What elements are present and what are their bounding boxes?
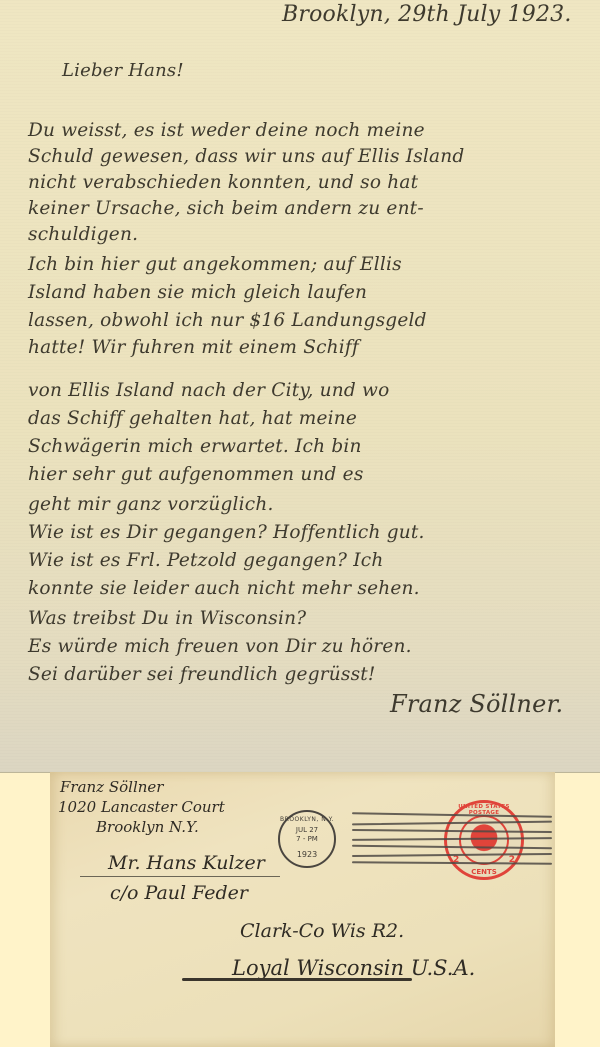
letter-line: geht mir ganz vorzüglich. bbox=[28, 494, 274, 515]
letter-line: hatte! Wir fuhren mit einem Schiff bbox=[28, 337, 359, 358]
letter-line: Wie ist es Dir gegangen? Hoffentlich gut… bbox=[28, 522, 425, 543]
return-address-rule bbox=[80, 876, 280, 877]
postmark: BROOKLYN, N.Y. JUL 27 7 - PM 1923 bbox=[278, 810, 336, 868]
letter-salutation: Lieber Hans! bbox=[62, 60, 184, 81]
letter-line: von Ellis Island nach der City, und wo bbox=[28, 380, 389, 401]
recipient-city-state: Loyal Wisconsin U.S.A. bbox=[232, 956, 475, 980]
letter-line: Ich bin hier gut angekommen; auf Ellis bbox=[28, 254, 402, 275]
letter-line: Es würde mich freuen von Dir zu hören. bbox=[28, 636, 412, 657]
return-address-name: Franz Söllner bbox=[60, 778, 163, 796]
letter-line: das Schiff gehalten hat, hat meine bbox=[28, 408, 357, 429]
letter-line: Wie ist es Frl. Petzold gegangen? Ich bbox=[28, 550, 383, 571]
letter-line: schuldigen. bbox=[28, 224, 138, 245]
letter-line: nicht verabschieden konnten, und so hat bbox=[28, 172, 418, 193]
recipient-county: Clark-Co Wis R2. bbox=[240, 920, 404, 942]
address-underline bbox=[182, 978, 412, 981]
letter-line: hier sehr gut aufgenommen und es bbox=[28, 464, 364, 485]
recipient-care-of: c/o Paul Feder bbox=[110, 882, 248, 904]
postmark-time: 7 - PM bbox=[280, 835, 334, 843]
postmark-date: JUL 27 bbox=[280, 826, 334, 834]
recipient-name: Mr. Hans Kulzer bbox=[108, 852, 265, 874]
postmark-year: 1923 bbox=[280, 850, 334, 859]
postmark-city: BROOKLYN, N.Y. bbox=[280, 816, 334, 823]
return-address-city: Brooklyn N.Y. bbox=[96, 818, 199, 836]
letter-line: Schuld gewesen, dass wir uns auf Ellis I… bbox=[28, 146, 464, 167]
handwritten-letter: Brooklyn, 29th July 1923. Lieber Hans! D… bbox=[0, 0, 600, 773]
letter-dateline: Brooklyn, 29th July 1923. bbox=[282, 2, 572, 27]
cancellation-wavy-lines bbox=[352, 812, 552, 864]
letter-line: Du weisst, es ist weder deine noch meine bbox=[28, 120, 425, 141]
return-address-street: 1020 Lancaster Court bbox=[58, 798, 225, 816]
letter-line: Island haben sie mich gleich laufen bbox=[28, 282, 367, 303]
letter-line: Was treibst Du in Wisconsin? bbox=[28, 608, 306, 629]
letter-line: keiner Ursache, sich beim andern zu ent- bbox=[28, 198, 424, 219]
letter-line: lassen, obwohl ich nur $16 Landungsgeld bbox=[28, 310, 427, 331]
letter-line: Sei darüber sei freundlich gegrüsst! bbox=[28, 664, 376, 685]
letter-signature: Franz Söllner. bbox=[390, 690, 563, 718]
letter-line: Schwägerin mich erwartet. Ich bin bbox=[28, 436, 362, 457]
stamp-text-bottom: CENTS bbox=[447, 868, 521, 876]
letter-line: konnte sie leider auch nicht mehr sehen. bbox=[28, 578, 420, 599]
